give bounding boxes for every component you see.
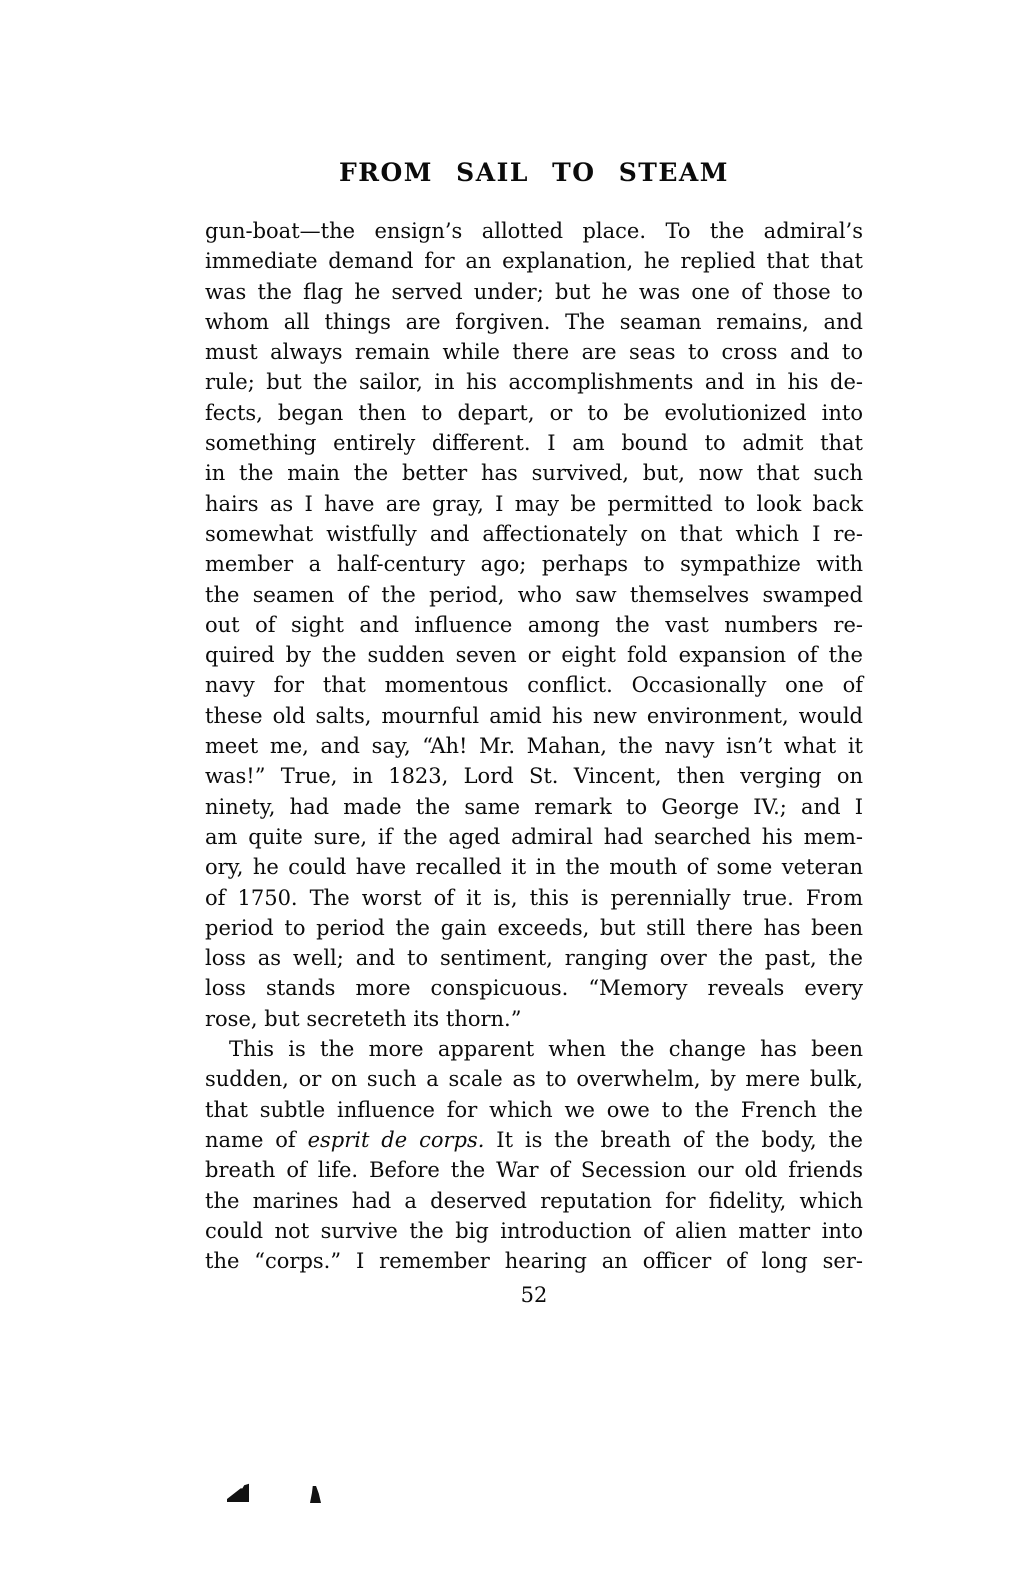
text-line: quired by the sudden seven or eight fold… [205, 640, 863, 670]
text-line: these old salts, mournful amid his new e… [205, 701, 863, 731]
paragraph-1: gun-boat—the ensign’s allotted place. To… [205, 216, 863, 1034]
text-segment: name of [205, 1128, 308, 1152]
text-line: out of sight and influence among the vas… [205, 610, 863, 640]
italic-phrase: esprit de corps. [308, 1128, 485, 1152]
body-text: gun-boat—the ensign’s allotted place. To… [205, 216, 863, 1276]
text-segment: It is the breath of the body, the [484, 1128, 863, 1152]
text-line: meet me, and say, “Ah! Mr. Mahan, the na… [205, 731, 863, 761]
text-line: This is the more apparent when the chang… [205, 1034, 863, 1064]
ink-blot-left [227, 1483, 249, 1502]
text-line: could not survive the big introduction o… [205, 1216, 863, 1246]
text-line: the “corps.” I remember hearing an offic… [205, 1246, 863, 1276]
text-line: member a half-century ago; perhaps to sy… [205, 549, 863, 579]
page-number: 52 [205, 1283, 863, 1307]
text-line: rose, but secreteth its thorn.” [205, 1004, 863, 1034]
paragraph-2: This is the more apparent when the chang… [205, 1034, 863, 1276]
text-line: the marines had a deserved reputation fo… [205, 1186, 863, 1216]
text-line: gun-boat—the ensign’s allotted place. To… [205, 216, 863, 246]
text-line: navy for that momentous conflict. Occasi… [205, 670, 863, 700]
text-line: loss stands more conspicuous. “Memory re… [205, 973, 863, 1003]
text-line: period to period the gain exceeds, but s… [205, 913, 863, 943]
text-line: that subtle influence for which we owe t… [205, 1095, 863, 1125]
text-line: rule; but the sailor, in his accomplishm… [205, 367, 863, 397]
page-header-title: FROM SAIL TO STEAM [205, 158, 863, 187]
text-line: loss as well; and to sentiment, ranging … [205, 943, 863, 973]
text-line: the seamen of the period, who saw themse… [205, 580, 863, 610]
text-line: hairs as I have are gray, I may be permi… [205, 489, 863, 519]
text-line-with-italic: name of esprit de corps. It is the breat… [205, 1125, 863, 1155]
text-line: of 1750. The worst of it is, this is per… [205, 883, 863, 913]
text-line: something entirely different. I am bound… [205, 428, 863, 458]
text-line: ninety, had made the same remark to Geor… [205, 792, 863, 822]
text-line: was the flag he served under; but he was… [205, 277, 863, 307]
text-line: fects, began then to depart, or to be ev… [205, 398, 863, 428]
text-line: immediate demand for an explanation, he … [205, 246, 863, 276]
text-line: was!” True, in 1823, Lord St. Vincent, t… [205, 761, 863, 791]
text-line: in the main the better has survived, but… [205, 458, 863, 488]
text-line: am quite sure, if the aged admiral had s… [205, 822, 863, 852]
text-line: sudden, or on such a scale as to overwhe… [205, 1064, 863, 1094]
text-line: ory, he could have recalled it in the mo… [205, 852, 863, 882]
text-line: whom all things are forgiven. The seaman… [205, 307, 863, 337]
ink-blot-right [310, 1486, 321, 1503]
text-line: breath of life. Before the War of Secess… [205, 1155, 863, 1185]
text-line: must always remain while there are seas … [205, 337, 863, 367]
text-line: somewhat wistfully and affectionately on… [205, 519, 863, 549]
book-page: FROM SAIL TO STEAM gun-boat—the ensign’s… [0, 0, 1015, 1588]
